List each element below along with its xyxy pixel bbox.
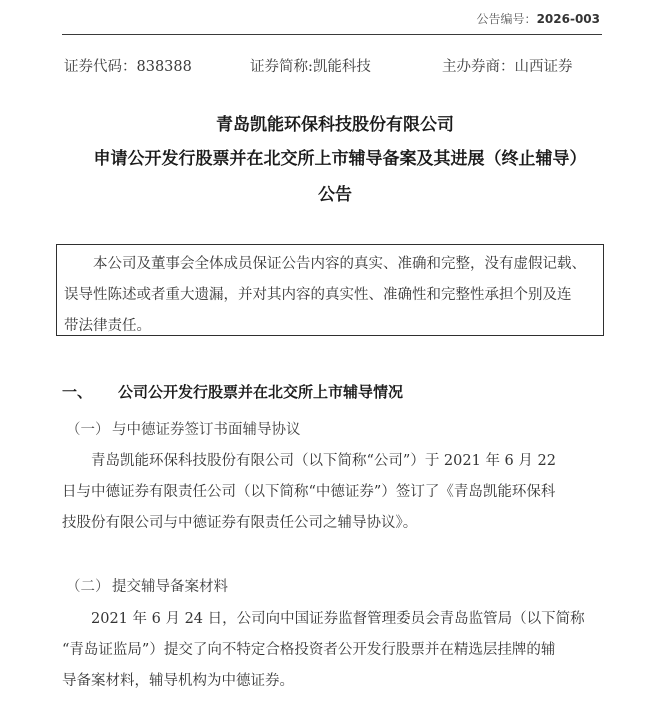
statement-line: 带法律责任。 [64,311,597,342]
security-info-row: 证券代码：838388 证券简称:凯能科技 主办券商：山西证券 [0,55,670,75]
section-heading-1: 一、公司公开发行股票并在北交所上市辅导情况 [62,381,403,402]
security-code: 证券代码：838388 [64,55,192,76]
section-title: 公司公开发行股票并在北交所上市辅导情况 [118,383,403,401]
header-divider [62,34,602,35]
statement-line: 本公司及董事会全体成员保证公告内容的真实、准确和完整，没有虚假记载、 [64,249,597,280]
section-number: 一、 [62,381,118,402]
subsection-title: 与中德证券签订书面辅导协议 [112,422,301,438]
announcement-number-value: 2026-003 [537,12,600,26]
announcement-label-title: 公告 [0,180,670,205]
subsection-heading-2: （二）提交辅导备案材料 [66,575,228,596]
paragraph-line: 日与中德证券有限责任公司（以下简称“中德证券”）签订了《青岛凯能环保科 [62,477,607,508]
statement-line: 误导性陈述或者重大遗漏，并对其内容的真实性、准确性和完整性承担个别及连 [64,280,597,311]
paragraph-line: 青岛凯能环保科技股份有限公司（以下简称“公司”）于 2021 年 6 月 22 [62,446,607,477]
paragraph-line: 技股份有限公司与中德证券有限责任公司之辅导协议》。 [62,508,607,539]
board-guarantee-statement-box: 本公司及董事会全体成员保证公告内容的真实、准确和完整，没有虚假记载、 误导性陈述… [56,244,604,336]
announcement-number: 公告编号：2026-003 [477,10,600,27]
paragraph-line: 导备案材料，辅导机构为中德证券。 [62,666,607,697]
subsection-number: （一） [66,418,112,439]
company-name-title: 青岛凯能环保科技股份有限公司 [0,110,670,135]
paragraph-line: 2021 年 6 月 24 日，公司向中国证券监督管理委员会青岛监管局（以下简称 [62,604,607,635]
subsection-heading-1: （一）与中德证券签订书面辅导协议 [66,418,301,439]
announcement-subject-title: 申请公开发行股票并在北交所上市辅导备案及其进展（终止辅导） [5,144,670,169]
subsection-title: 提交辅导备案材料 [112,579,228,595]
subsection-2-paragraph: 2021 年 6 月 24 日，公司向中国证券监督管理委员会青岛监管局（以下简称… [62,604,607,697]
paragraph-line: “青岛证监局”）提交了向不特定合格投资者公开发行股票并在精选层挂牌的辅 [62,635,607,666]
lead-sponsor-broker: 主办券商：山西证券 [442,55,573,76]
subsection-1-paragraph: 青岛凯能环保科技股份有限公司（以下简称“公司”）于 2021 年 6 月 22 … [62,446,607,539]
announcement-number-label: 公告编号： [477,12,537,26]
subsection-number: （二） [66,575,112,596]
security-abbreviation: 证券简称:凯能科技 [250,55,371,76]
